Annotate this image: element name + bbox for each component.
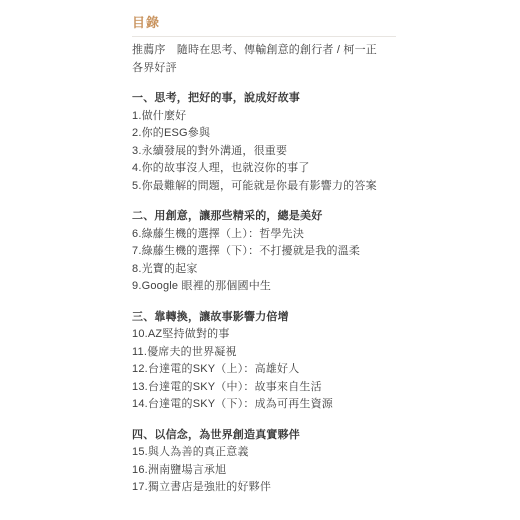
section-heading: 二、用創意，讓那些精采的，總是美好 xyxy=(132,208,404,226)
toc-entry: 15.與人為善的真正意義 xyxy=(132,444,404,462)
toc-entry: 16.洲南鹽場言承旭 xyxy=(132,462,404,480)
toc-entry: 2.你的ESG參與 xyxy=(132,125,404,143)
section-heading: 一、思考，把好的事，說成好故事 xyxy=(132,90,404,108)
toc-entry-preface: 推薦序 隨時在思考、傳輸創意的創行者 / 柯一正 xyxy=(132,42,404,60)
toc-section: 二、用創意，讓那些精采的，總是美好6.綠藤生機的選擇（上）：哲學先決7.綠藤生機… xyxy=(132,208,404,296)
toc-entry: 13.台達電的SKY（中）：故事來自生活 xyxy=(132,379,404,397)
toc-entry: 6.綠藤生機的選擇（上）：哲學先決 xyxy=(132,226,404,244)
toc-entry: 12.台達電的SKY（上）：高雄好人 xyxy=(132,361,404,379)
title-divider xyxy=(132,36,396,37)
toc-entry: 1.做什麼好 xyxy=(132,108,404,126)
section-heading: 四、以信念，為世界創造真實夥伴 xyxy=(132,427,404,445)
toc-entry-praise: 各界好評 xyxy=(132,60,404,78)
toc-content: 目錄 推薦序 隨時在思考、傳輸創意的創行者 / 柯一正 各界好評 一、思考，把好… xyxy=(132,15,404,497)
toc-entry: 10.AZ堅持做對的事 xyxy=(132,326,404,344)
toc-entry: 11.優席夫的世界凝視 xyxy=(132,344,404,362)
toc-title: 目錄 xyxy=(132,15,404,30)
toc-section: 一、思考，把好的事，說成好故事1.做什麼好2.你的ESG參與3.永續發展的對外溝… xyxy=(132,90,404,195)
toc-entry: 17.獨立書店是強壯的好夥伴 xyxy=(132,479,404,497)
toc-section: 三、靠轉換，讓故事影響力倍增10.AZ堅持做對的事11.優席夫的世界凝視12.台… xyxy=(132,309,404,414)
toc-section: 四、以信念，為世界創造真實夥伴15.與人為善的真正意義16.洲南鹽場言承旭17.… xyxy=(132,427,404,497)
toc-entry: 14.台達電的SKY（下）：成為可再生資源 xyxy=(132,396,404,414)
toc-entry: 9.Google 眼裡的那個國中生 xyxy=(132,278,404,296)
section-heading: 三、靠轉換，讓故事影響力倍增 xyxy=(132,309,404,327)
toc-page: 目錄 推薦序 隨時在思考、傳輸創意的創行者 / 柯一正 各界好評 一、思考，把好… xyxy=(0,0,520,520)
preface-block: 推薦序 隨時在思考、傳輸創意的創行者 / 柯一正 各界好評 xyxy=(132,42,404,77)
toc-entry: 8.光寶的起家 xyxy=(132,261,404,279)
toc-entry: 4.你的故事沒人理，也就沒你的事了 xyxy=(132,160,404,178)
toc-entry: 3.永續發展的對外溝通，很重要 xyxy=(132,143,404,161)
toc-entry: 7.綠藤生機的選擇（下）：不打擾就是我的溫柔 xyxy=(132,243,404,261)
toc-sections: 一、思考，把好的事，說成好故事1.做什麼好2.你的ESG參與3.永續發展的對外溝… xyxy=(132,90,404,497)
toc-entry: 5.你最難解的問題，可能就是你最有影響力的答案 xyxy=(132,178,404,196)
